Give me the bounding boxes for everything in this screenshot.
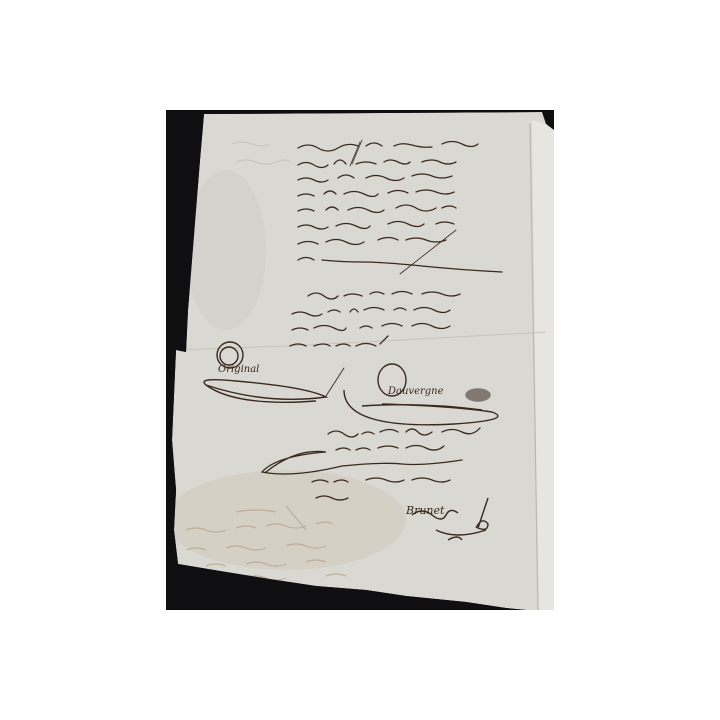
signature-original: Original bbox=[218, 364, 259, 375]
document-photo: Original Dauvergne Brunet bbox=[166, 110, 554, 610]
signature-dauvergne: Dauvergne bbox=[388, 386, 444, 397]
signature-brunet: Brunet bbox=[406, 504, 444, 517]
manuscript-page bbox=[166, 110, 554, 610]
